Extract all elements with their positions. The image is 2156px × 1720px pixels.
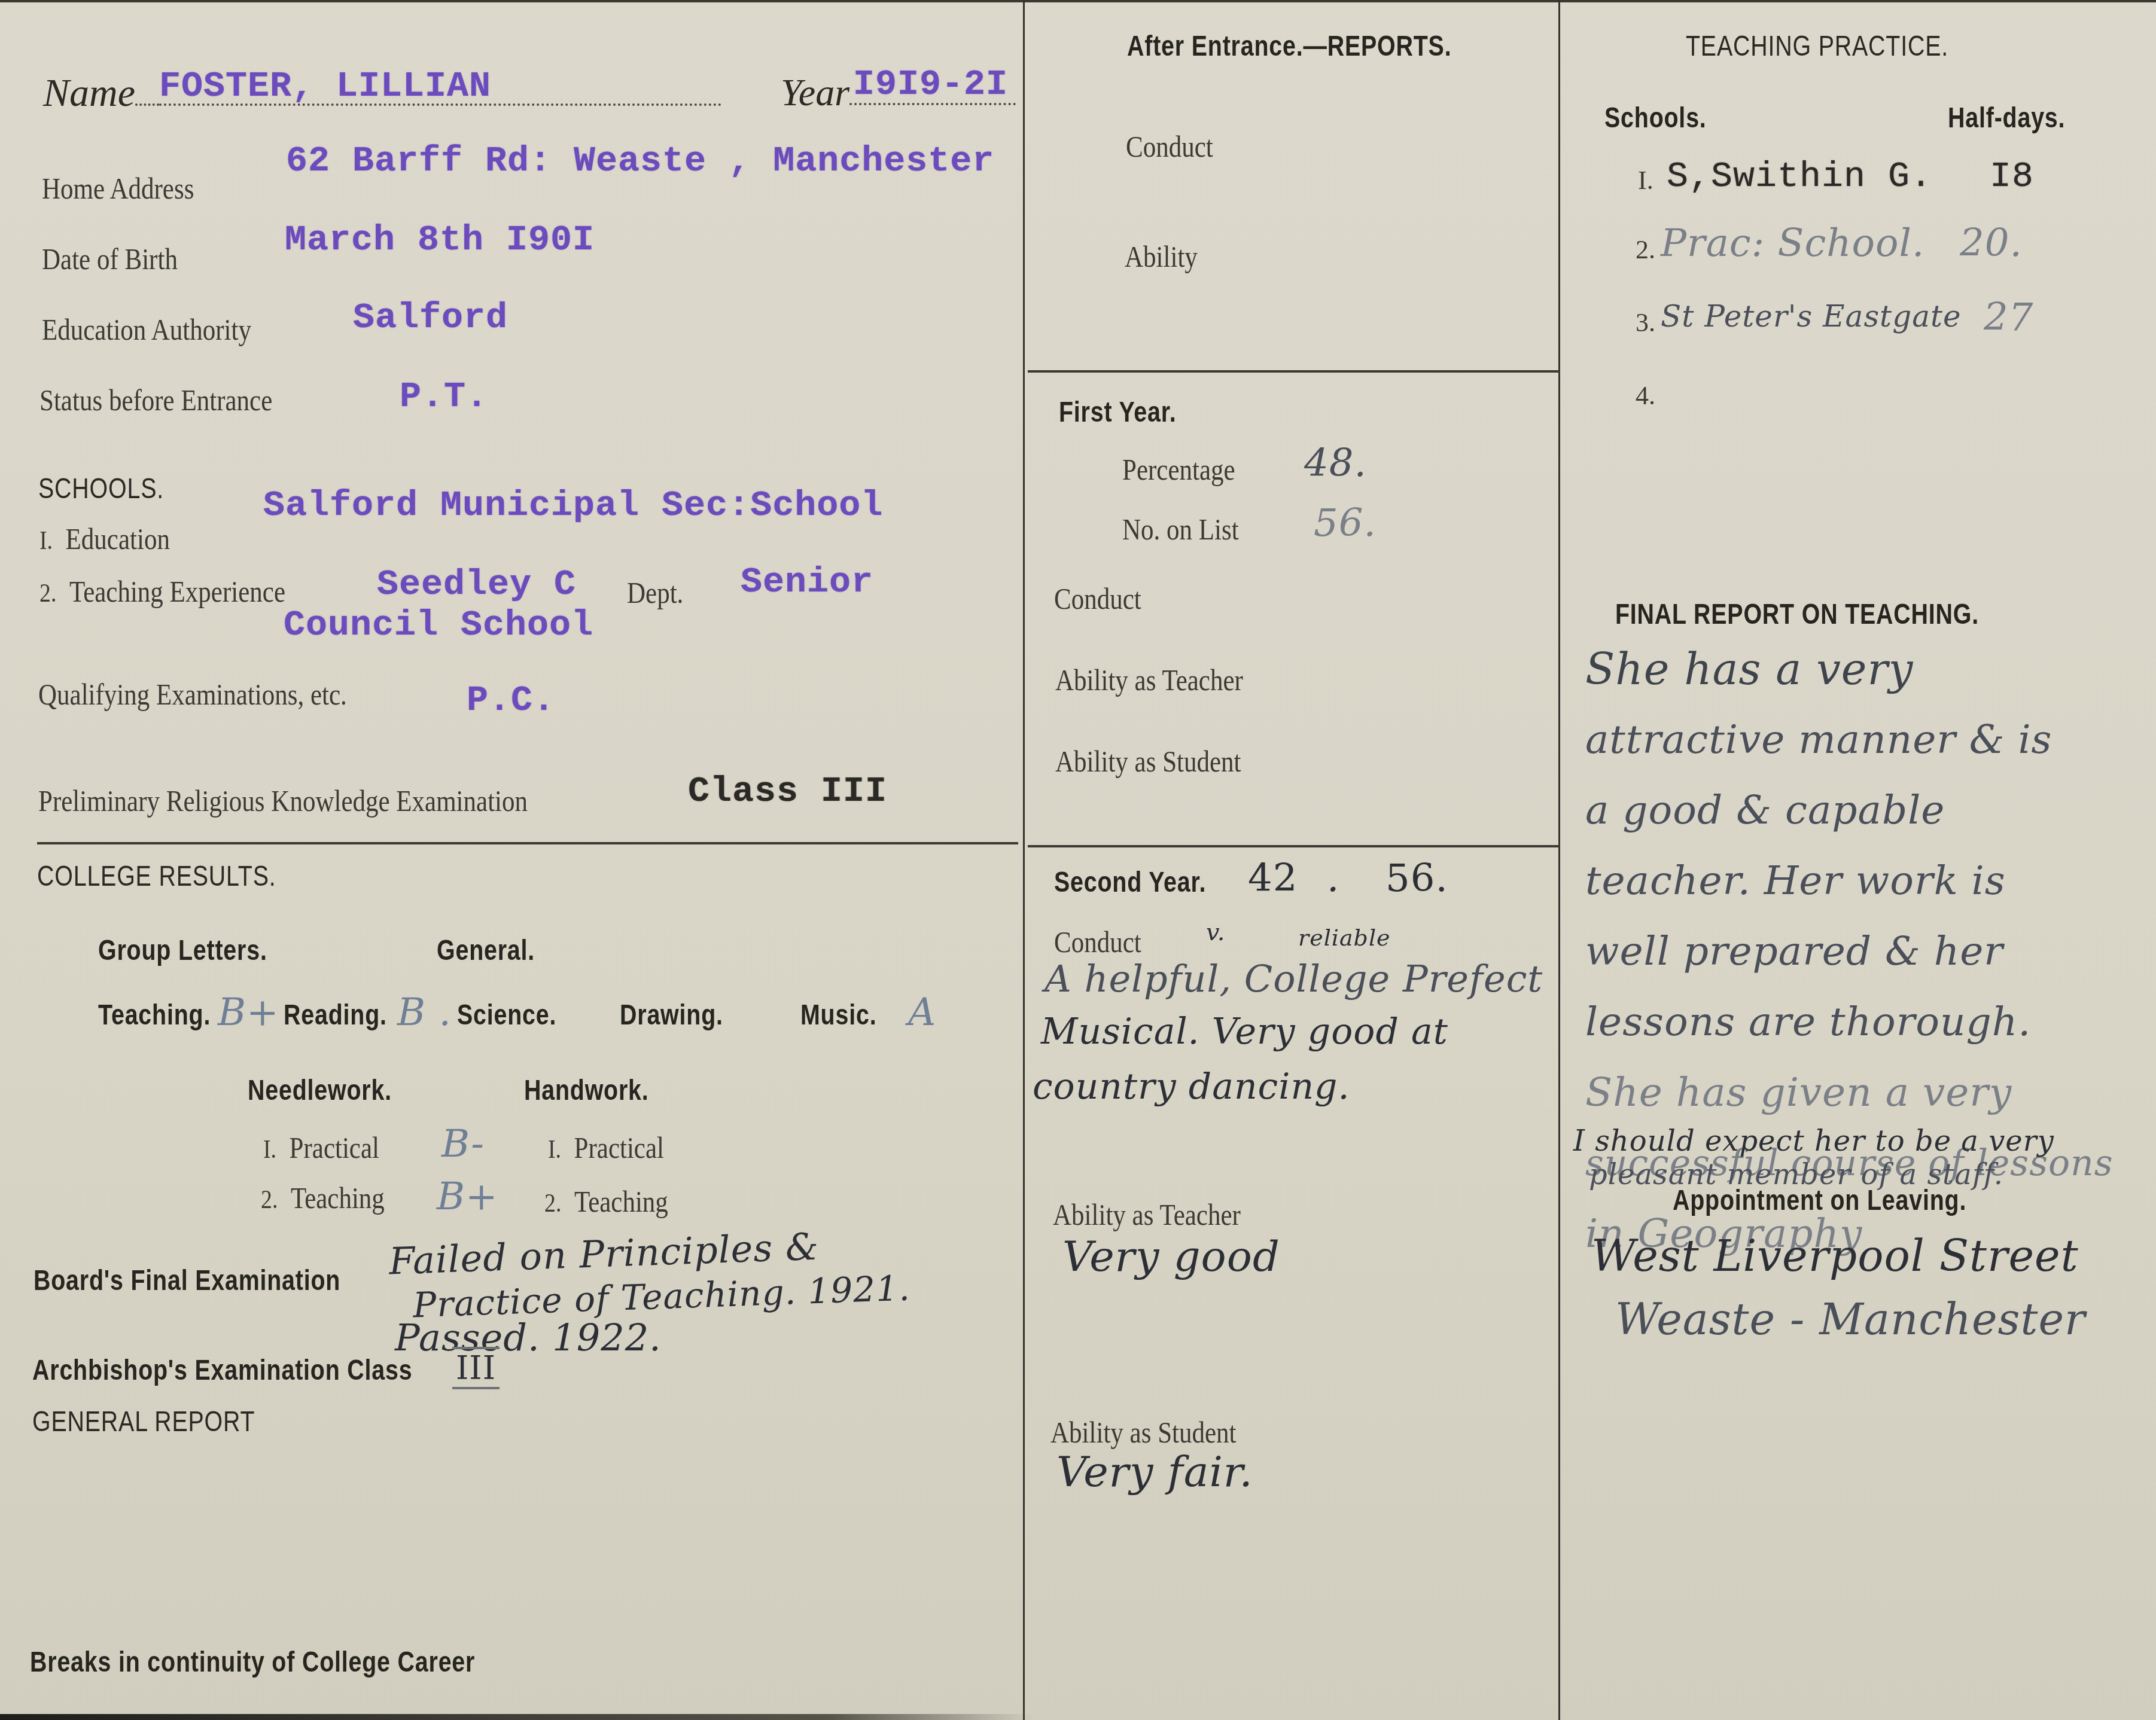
teaching-experience-value-1: Seedley C [377,565,576,605]
general-report-label: GENERAL REPORT [32,1405,255,1438]
subject-reading-label: Reading. [284,999,387,1032]
second-year-conduct-line-1: A helpful, College Prefect [1044,957,1543,1001]
first-year-student-label: Ability as Student [1055,744,1241,779]
archbishop-exam-label: Archbishop's Examination Class [32,1354,412,1387]
second-year-student-label: Ability as Student [1050,1415,1237,1450]
qualifying-label: Qualifying Examinations, etc. [38,677,347,712]
subject-science-label: Science. [457,999,556,1032]
reports-rule-2 [1028,845,1560,847]
second-year-conduct-label: Conduct [1054,925,1141,959]
second-year-separator: . [1327,856,1339,901]
second-year-conduct-insert-2: reliable [1298,925,1391,951]
column-divider-left [1023,0,1025,1720]
dob-value: March 8th I90I [285,220,595,261]
needlework-teaching-grade: B+ [437,1175,498,1219]
general-report-area [36,1447,1005,1597]
subject-teaching-label: Teaching. [98,999,211,1032]
archbishop-exam-value: III [452,1347,500,1389]
group-letters-label: Group Letters. [98,934,267,967]
teaching-practice-heading: TEACHING PRACTICE. [1686,30,1948,63]
second-year-student-value: Very fair. [1056,1447,1253,1496]
final-report-addendum-1: I should expect her to be a very [1573,1124,2054,1158]
name-label: Name [43,71,135,115]
second-year-teacher-label: Ability as Teacher [1053,1197,1241,1232]
schools-heading: SCHOOLS. [38,472,164,505]
handwork-teaching: 2. Teaching [544,1184,668,1219]
year-row: YearI9I9-2I [781,71,1016,115]
needlework-practical-grade: B- [441,1122,485,1166]
education-label: Education [66,522,170,556]
practice-halfdays-3: 27 [1984,295,2033,340]
college-results-heading: COLLEGE RESULTS. [37,860,276,893]
second-year-conduct-line-3: country dancing. [1033,1066,1350,1108]
dept-label: Dept. [627,575,683,610]
subject-music-label: Music. [800,999,876,1032]
first-year-conduct-label: Conduct [1054,581,1141,616]
second-year-conduct-insert-1: v. [1206,919,1226,946]
needlework-practical: I. Practical [263,1130,379,1165]
year-field: I9I9-2I [849,103,1016,105]
breaks-label: Breaks in continuity of College Career [30,1646,475,1679]
religious-exam-label: Preliminary Religious Knowledge Examinat… [38,783,528,818]
column-divider-right [1558,0,1560,1720]
status-value: P.T. [400,377,488,417]
reports-heading: After Entrance.—REPORTS. [1127,30,1451,63]
first-year-percentage-label: Percentage [1122,452,1235,487]
year-label: Year [781,71,849,114]
schools-column-label: Schools. [1604,102,1707,135]
practice-school-3: St Peter's Eastgate [1661,299,1962,334]
second-year-list-value: 56. [1385,856,1448,901]
dob-label: Date of Birth [42,242,178,276]
second-year-percentage-value: 42 [1248,856,1298,901]
handwork-label: Handwork. [524,1074,649,1107]
general-label: General. [437,934,535,967]
after-entrance-ability-label: Ability [1125,239,1198,274]
needlework-label: Needlework. [248,1074,392,1107]
name-row: NameFOSTER, LILLIAN [43,71,721,116]
first-year-percentage-value: 48. [1304,441,1367,486]
teaching-experience-label: Teaching Experience [69,575,285,608]
handwork-practical: I. Practical [548,1130,664,1165]
boards-exam-value-3: Passed. 1922. [395,1316,662,1359]
first-year-teacher-label: Ability as Teacher [1055,663,1243,697]
subject-reading-grade: B . [397,990,452,1035]
second-year-conduct-line-2: Musical. Very good at [1041,1011,1448,1053]
halfdays-column-label: Half-days. [1948,102,2065,135]
first-year-list-label: No. on List [1122,512,1239,547]
boards-exam-label: Board's Final Examination [34,1264,340,1297]
reports-rule-1 [1028,370,1560,373]
first-year-list-value: 56. [1314,501,1377,545]
religious-exam-value: Class III [688,771,887,812]
education-authority-value: Salford [353,298,508,338]
education-row: I. Education [39,522,170,556]
teaching-experience-row: 2. Teaching Experience [39,574,285,609]
subject-music-grade: A [908,990,936,1035]
education-authority-label: Education Authority [42,312,251,347]
home-address-value: 62 Barff Rd: Weaste , Manchester [286,141,994,182]
appointment-value-1: West Liverpool Street [1591,1231,2079,1281]
first-year-heading: First Year. [1059,396,1176,429]
left-section-rule [37,842,1018,844]
practice-halfdays-2: 20. [1960,221,2023,266]
education-school-value: Salford Municipal Sec:School [263,486,883,526]
teaching-experience-value-2: Council School [284,605,593,646]
after-entrance-conduct-label: Conduct [1126,129,1213,164]
final-report-heading: FINAL REPORT ON TEACHING. [1615,598,1979,631]
practice-school-2: Prac: School. [1661,221,1924,266]
name-field: FOSTER, LILLIAN [159,103,721,106]
qualifying-value: P.C. [467,681,555,721]
dept-value: Senior [741,562,873,603]
home-address-label: Home Address [42,171,194,206]
appointment-label: Appointment on Leaving. [1673,1184,1966,1217]
practice-halfdays-1: I8 [1990,157,2034,197]
second-year-teacher-value: Very good [1062,1232,1280,1281]
appointment-value-2: Weaste - Manchester [1615,1294,2086,1344]
subject-drawing-label: Drawing. [620,999,723,1032]
second-year-heading: Second Year. [1054,866,1206,899]
student-record-card: NameFOSTER, LILLIAN YearI9I9-2I Home Add… [0,0,2156,1720]
practice-school-1: S,Swithin G. [1667,157,1932,197]
name-value: FOSTER, LILLIAN [159,66,491,107]
year-value: I9I9-2I [853,65,1008,105]
status-label: Status before Entrance [39,383,272,417]
subject-teaching-grade: B+ [218,990,279,1035]
needlework-teaching: 2. Teaching [261,1181,385,1215]
